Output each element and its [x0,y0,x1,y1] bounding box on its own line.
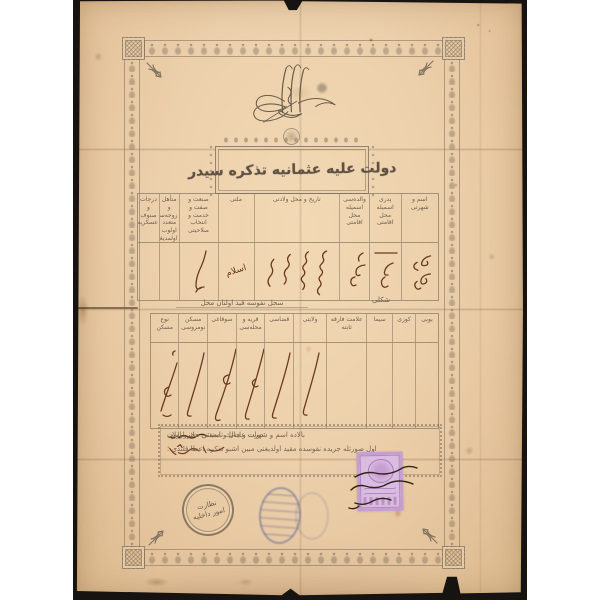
document-paper: دولت عليه عثمانيه تذكره سيدر اسم و شهرتى… [76,0,523,597]
handwritten-entry [182,349,207,425]
section-label-appearance: شكلى [341,296,421,304]
table-cell [401,243,439,300]
statement-text: اول صورتله جريده نفوسده مقيد اولديغنى مب… [167,444,377,455]
column-header: پدرى اسميله محل اقامتى [369,194,401,242]
column-header: نوع مسكن [151,314,178,342]
column-header: درجات و صنوف عسكريه‌سى [138,194,159,242]
corner-fleuron-icon [146,526,168,548]
handwritten-entry [341,247,369,295]
handwritten-entry [403,248,437,295]
frame-border-bottom [144,549,444,566]
table-cell [339,243,369,300]
column-header: اسم و شهرتى [401,194,439,242]
table-cell [366,343,392,428]
document-title: دولت عليه عثمانيه تذكره سيدر [188,160,397,180]
column-header: تاريخ و محل ولادتى [254,194,340,242]
table-cell [178,343,207,428]
table-cell [159,243,179,300]
handwritten-entry [184,247,214,297]
column-header: ملتى [218,194,254,242]
table-cell [138,243,159,300]
column-header: والده‌سى اسميله محل اقامتى [339,194,369,242]
ornament-dot-icon [316,82,328,94]
frame-corner-bottom-right [442,546,465,569]
corner-fleuron-icon [414,58,436,80]
statement-text: دولت عليه‌نك تابعيتنى حائز اولوب [167,430,263,441]
ink-seal-faint [295,492,329,540]
handwritten-entry [371,247,401,295]
column-header: صنعت و صفت و خدمت و انتخاب صلاحيتى [179,194,218,242]
table-cell [207,343,236,428]
table-cell [264,343,293,428]
table-cell [151,343,178,428]
corner-fleuron-icon [144,60,166,82]
table-cell [236,343,265,428]
handwritten-annotation [319,458,423,516]
column-header: سيما [366,314,392,342]
column-header: قريه و محله‌سى [236,314,265,342]
table1-data-row: اسلام [138,243,438,300]
section-label-registry-place: سجل نفوسه قيد اولنان محل [176,299,308,308]
frame-corner-top-left [122,37,145,60]
registry-table-personal: اسم و شهرتى پدرى اسميله محل اقامتى والده… [137,193,439,301]
table1-header-row: اسم و شهرتى پدرى اسميله محل اقامتى والده… [138,194,438,243]
tughra-icon [246,60,342,132]
table-cell [392,343,415,428]
handwritten-entry [210,345,236,427]
handwritten-entry [297,347,323,425]
scanned-ottoman-certificate: دولت عليه عثمانيه تذكره سيدر اسم و شهرتى… [0,0,600,600]
registry-table-location: بويى كوزى سيما علامت فارقه ثابته ولايتى … [150,313,439,429]
column-header: مسكن نومروسى [178,314,207,342]
table-cell [179,243,218,300]
table2-header-row: بويى كوزى سيما علامت فارقه ثابته ولايتى … [151,314,438,343]
table-cell [293,343,326,428]
frame-border-right [444,58,460,549]
frame-border-top [144,40,444,57]
title-banner: دولت عليه عثمانيه تذكره سيدر [215,146,369,194]
handwritten-entry [153,345,178,427]
column-header: بويى [415,314,438,342]
column-header: علامت فارقه ثابته [326,314,366,342]
column-header: ولايتى [293,314,326,342]
frame-border-left [124,58,140,549]
banner-medallion-icon [283,128,300,145]
table-cell [254,243,340,300]
handwritten-entry [267,349,293,427]
column-header: كوزى [392,314,415,342]
table-cell [369,243,401,300]
column-header: قضاسى [264,314,293,342]
corner-fleuron-icon [418,524,440,546]
frame-corner-bottom-left [122,546,145,569]
statement-line-1: بالاده اسم و شهرت و حال و صنعتى محرر اول… [167,430,433,442]
column-header: سوقاغى [207,314,236,342]
handwritten-entry: اسلام [218,261,254,283]
handwritten-entry [259,243,335,300]
fold-crease [479,0,482,597]
handwritten-entry [239,345,265,427]
table2-data-row [151,343,438,428]
interior-ministry-seal: نظارت امور داخليه [176,478,239,541]
table-cell [326,343,366,428]
frame-corner-top-right [442,37,465,60]
table-cell [415,343,438,428]
column-header: متأهل و زوجه‌سى متعدد اولوب اولمديغى [159,194,179,242]
table-cell: اسلام [218,243,254,300]
